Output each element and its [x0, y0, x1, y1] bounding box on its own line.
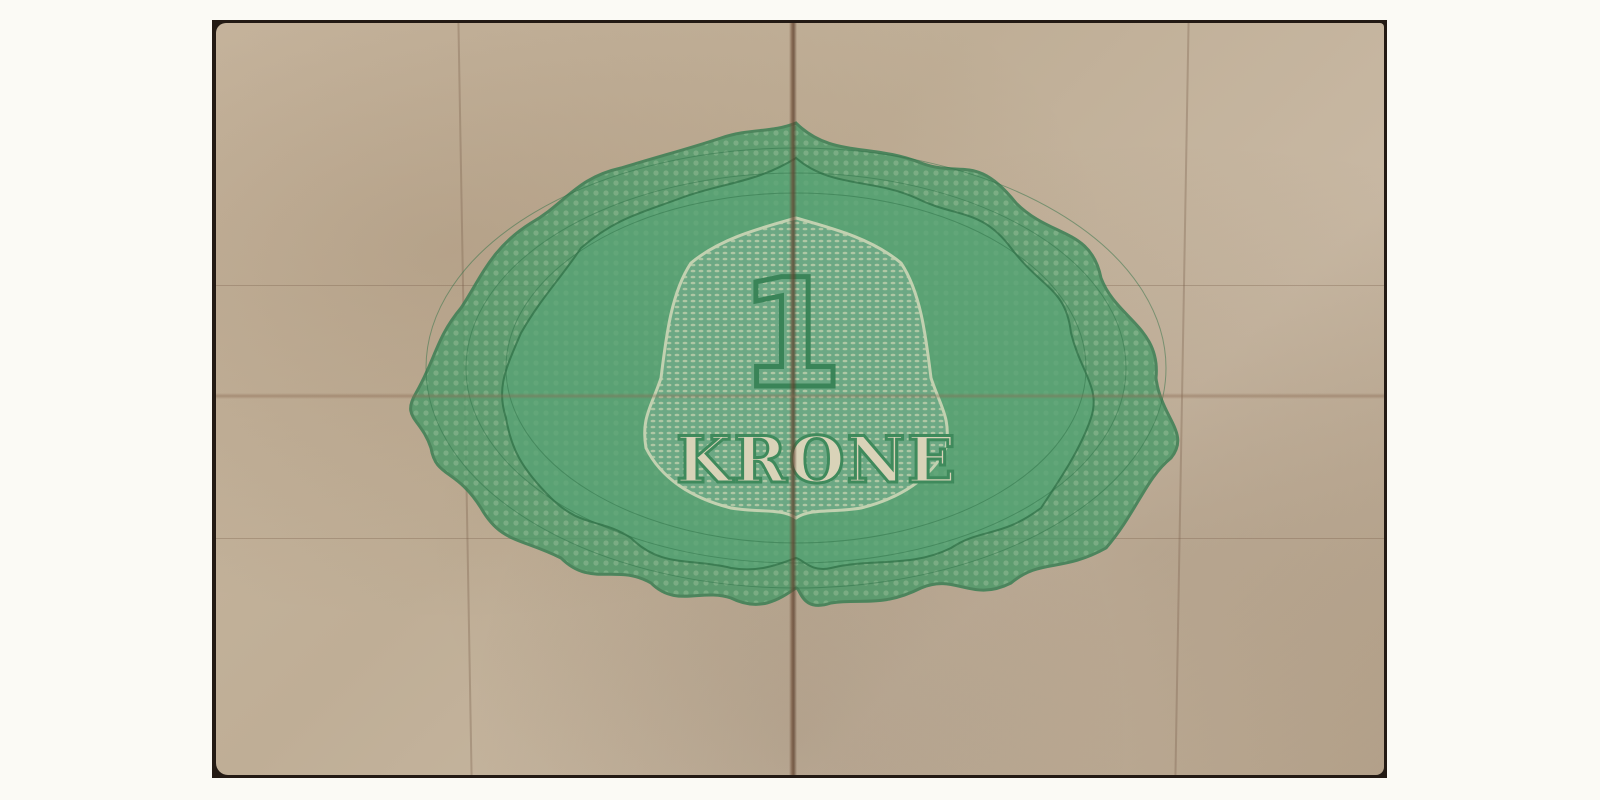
horizontal-fold	[216, 393, 1384, 399]
banknote: 1 KRONE	[216, 23, 1384, 775]
banknote-frame: 1 KRONE	[212, 20, 1387, 778]
denomination-text: KRONE	[676, 423, 926, 498]
vertical-fold	[789, 23, 797, 775]
